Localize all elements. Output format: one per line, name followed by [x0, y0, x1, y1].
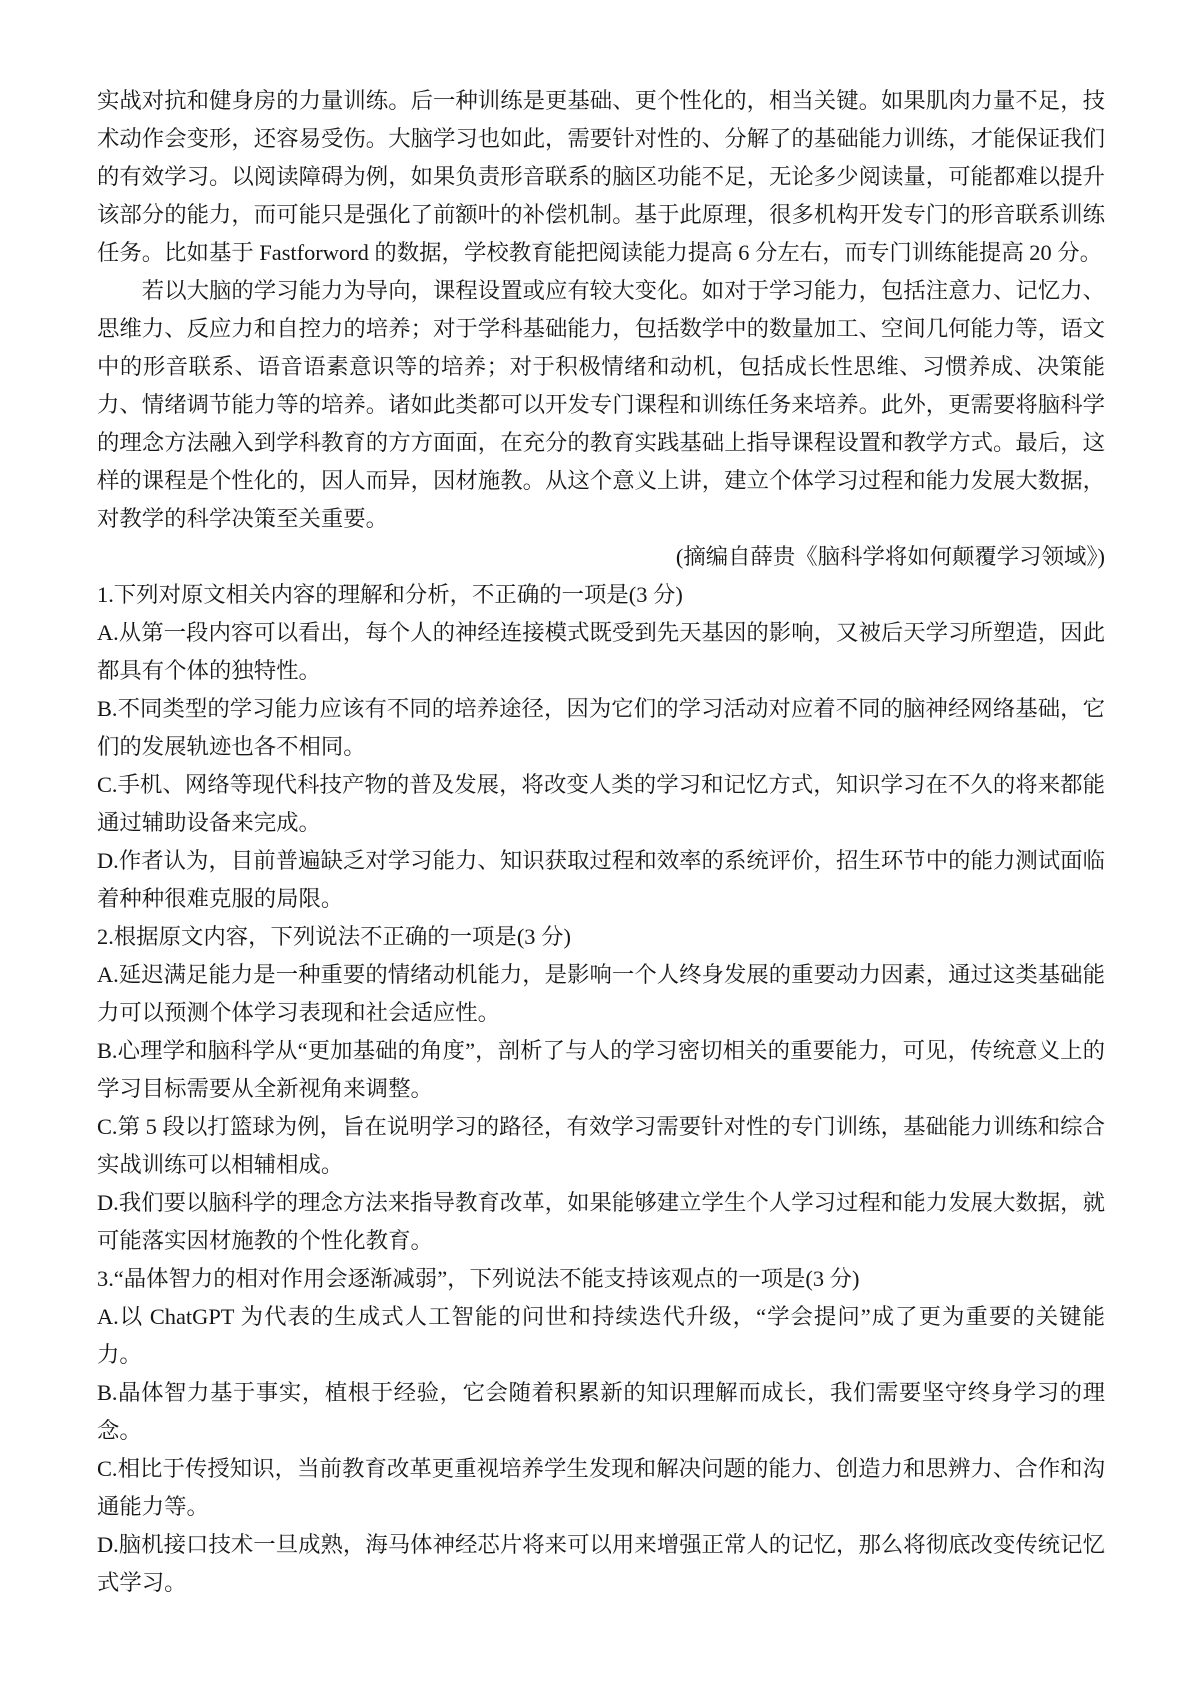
question-3: 3.“晶体智力的相对作用会逐渐减弱”，下列说法不能支持该观点的一项是(3 分) …	[97, 1260, 1105, 1602]
question-3-stem: 3.“晶体智力的相对作用会逐渐减弱”，下列说法不能支持该观点的一项是(3 分)	[97, 1260, 1105, 1298]
exam-page: 实战对抗和健身房的力量训练。后一种训练是更基础、更个性化的，相当关键。如果肌肉力…	[0, 0, 1200, 1698]
question-2-stem: 2.根据原文内容，下列说法不正确的一项是(3 分)	[97, 918, 1105, 956]
passage-paragraph: 若以大脑的学习能力为导向，课程设置或应有较大变化。如对于学习能力，包括注意力、记…	[97, 272, 1105, 538]
question-2-option-c: C.第 5 段以打篮球为例，旨在说明学习的路径，有效学习需要针对性的专门训练，基…	[97, 1108, 1105, 1184]
reading-passage: 实战对抗和健身房的力量训练。后一种训练是更基础、更个性化的，相当关键。如果肌肉力…	[97, 82, 1105, 576]
passage-attribution: (摘编自薛贵《脑科学将如何颠覆学习领域》)	[97, 538, 1105, 576]
question-3-option-a: A.以 ChatGPT 为代表的生成式人工智能的问世和持续迭代升级，“学会提问”…	[97, 1298, 1105, 1374]
passage-paragraph-continuation: 实战对抗和健身房的力量训练。后一种训练是更基础、更个性化的，相当关键。如果肌肉力…	[97, 82, 1105, 272]
question-2-option-b: B.心理学和脑科学从“更加基础的角度”，剖析了与人的学习密切相关的重要能力，可见…	[97, 1032, 1105, 1108]
question-1: 1.下列对原文相关内容的理解和分析，不正确的一项是(3 分) A.从第一段内容可…	[97, 576, 1105, 918]
question-3-option-c: C.相比于传授知识，当前教育改革更重视培养学生发现和解决问题的能力、创造力和思辨…	[97, 1450, 1105, 1526]
question-1-option-b: B.不同类型的学习能力应该有不同的培养途径，因为它们的学习活动对应着不同的脑神经…	[97, 690, 1105, 766]
question-3-option-d: D.脑机接口技术一旦成熟，海马体神经芯片将来可以用来增强正常人的记忆，那么将彻底…	[97, 1526, 1105, 1602]
question-2-option-d: D.我们要以脑科学的理念方法来指导教育改革，如果能够建立学生个人学习过程和能力发…	[97, 1184, 1105, 1260]
question-2: 2.根据原文内容，下列说法不正确的一项是(3 分) A.延迟满足能力是一种重要的…	[97, 918, 1105, 1260]
question-1-option-a: A.从第一段内容可以看出，每个人的神经连接模式既受到先天基因的影响，又被后天学习…	[97, 614, 1105, 690]
question-3-option-b: B.晶体智力基于事实，植根于经验，它会随着积累新的知识理解而成长，我们需要坚守终…	[97, 1374, 1105, 1450]
question-1-option-d: D.作者认为，目前普遍缺乏对学习能力、知识获取过程和效率的系统评价，招生环节中的…	[97, 842, 1105, 918]
question-1-option-c: C.手机、网络等现代科技产物的普及发展，将改变人类的学习和记忆方式，知识学习在不…	[97, 766, 1105, 842]
question-1-stem: 1.下列对原文相关内容的理解和分析，不正确的一项是(3 分)	[97, 576, 1105, 614]
question-2-option-a: A.延迟满足能力是一种重要的情绪动机能力，是影响一个人终身发展的重要动力因素，通…	[97, 956, 1105, 1032]
